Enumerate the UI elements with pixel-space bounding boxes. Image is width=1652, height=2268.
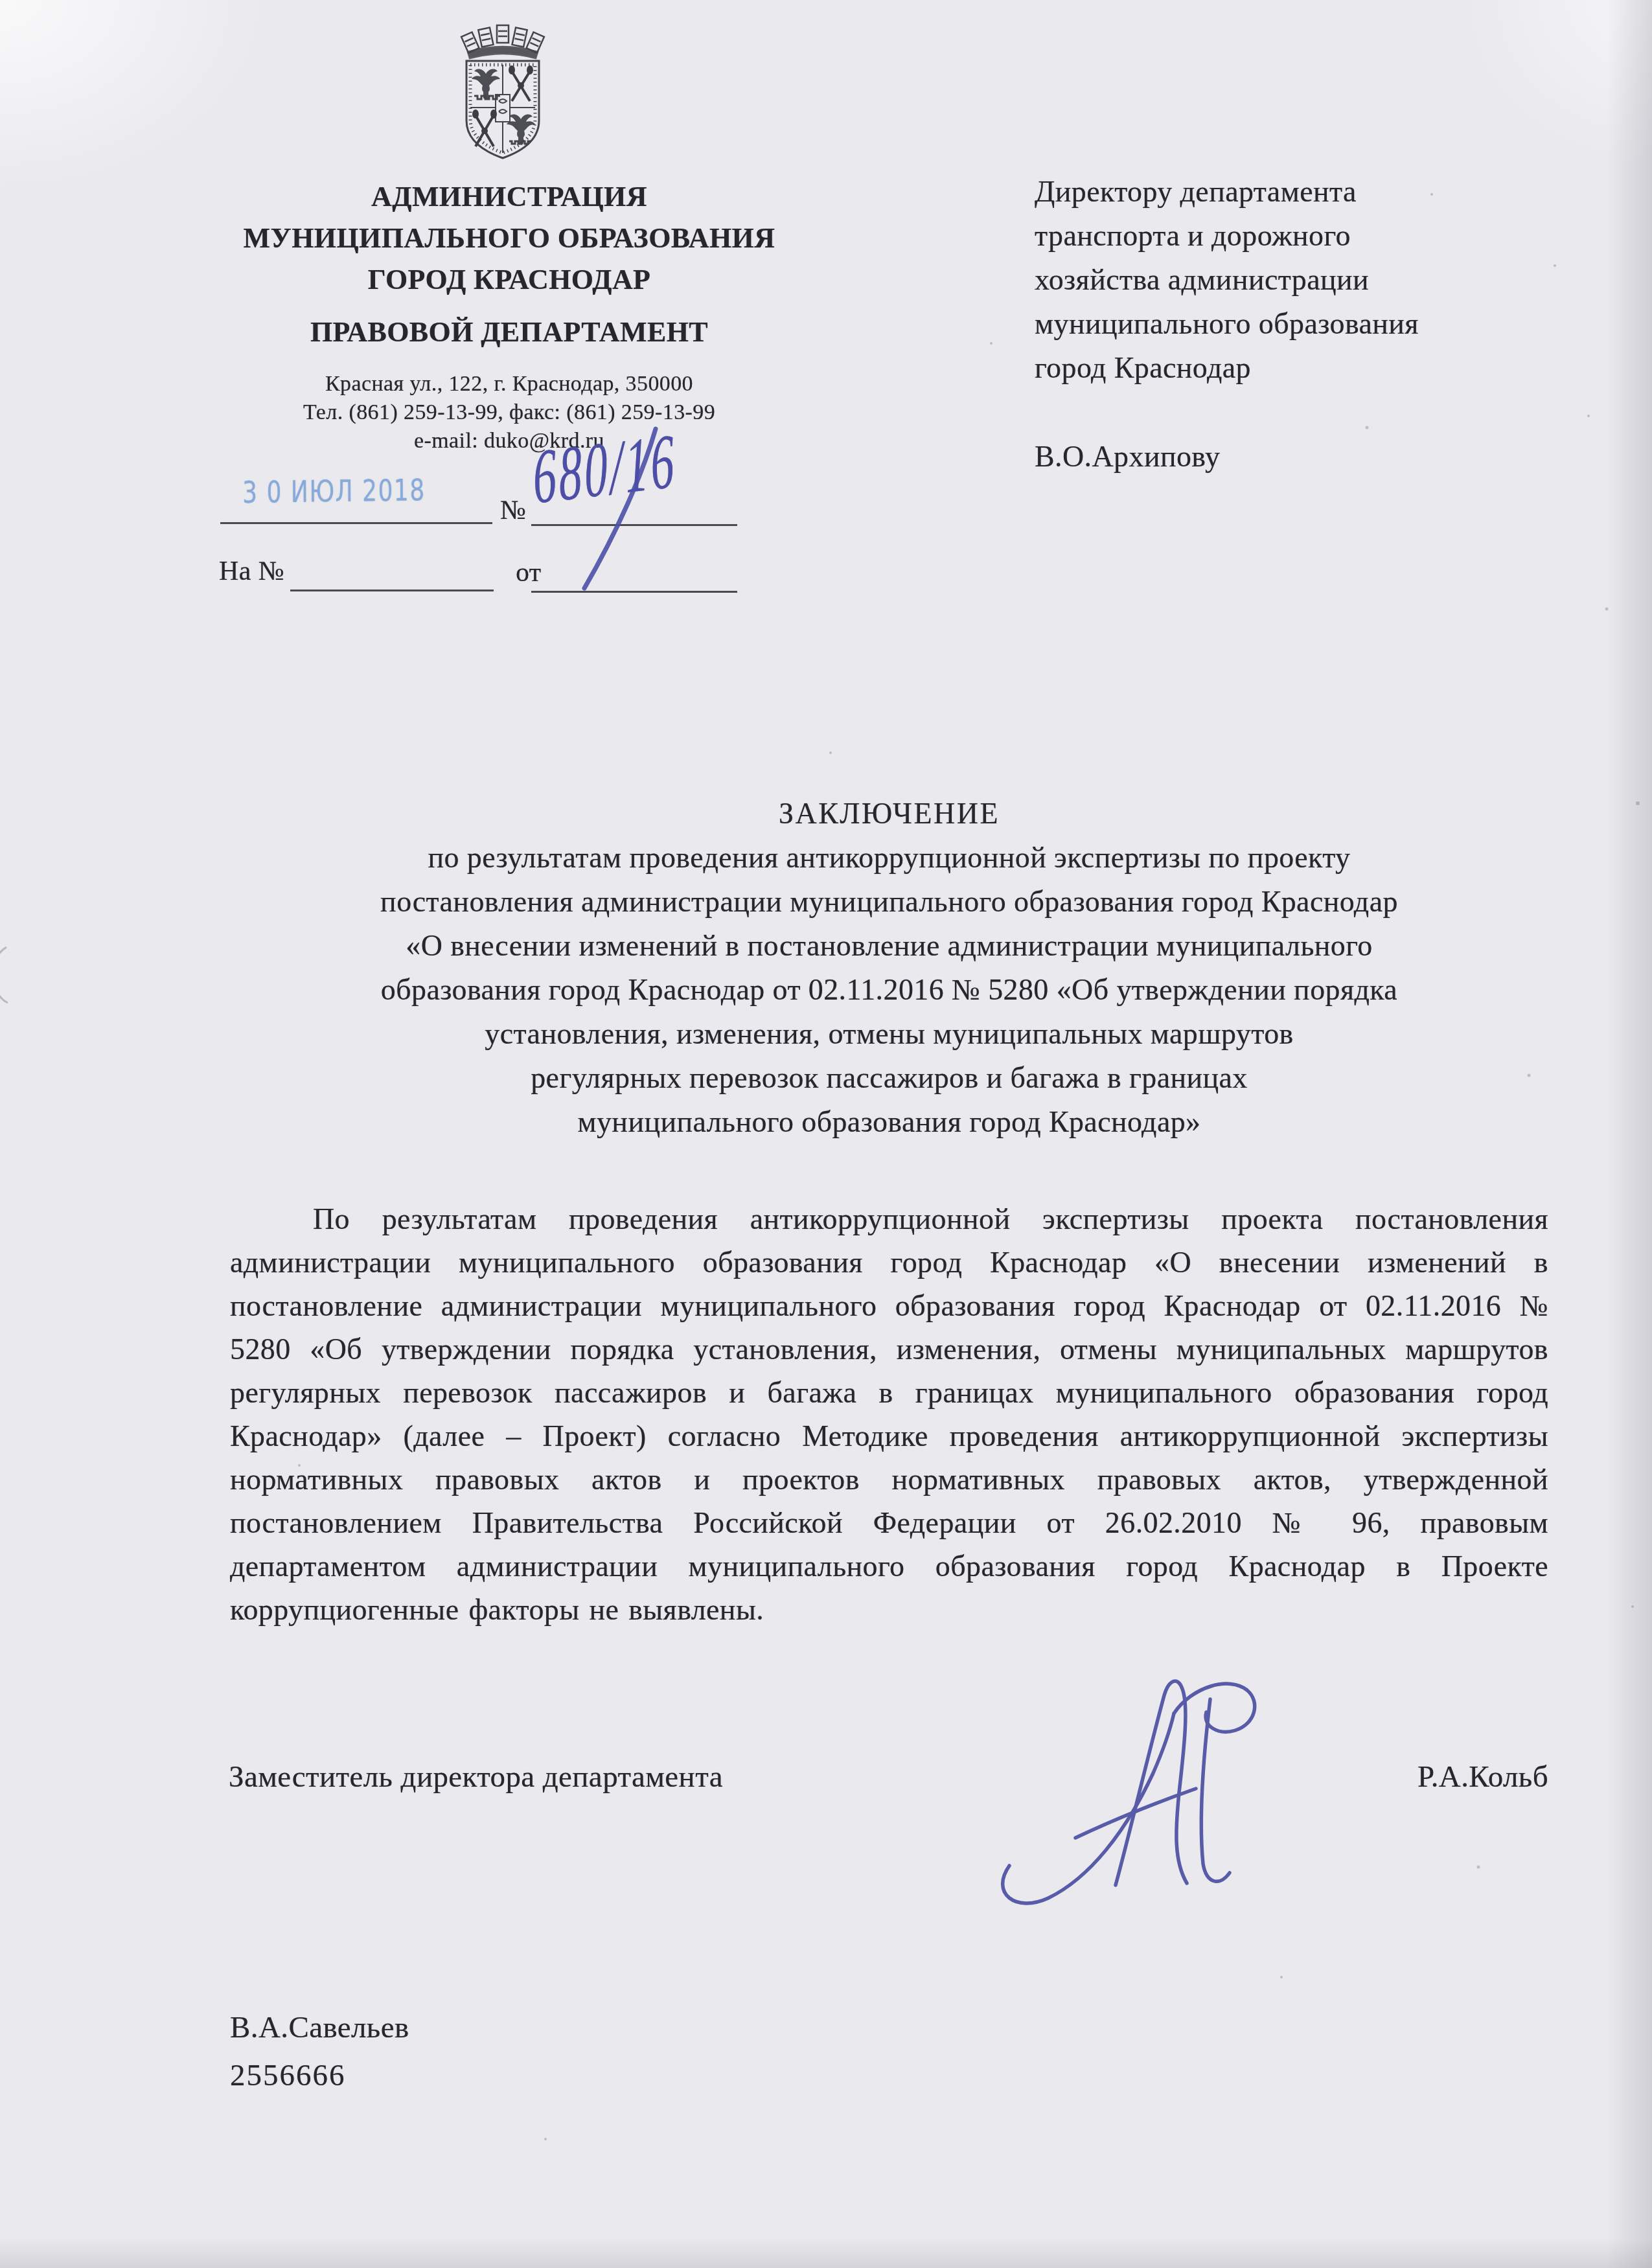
recipient-line: хозяйства администрации bbox=[1035, 258, 1553, 302]
scanned-letter-page: АДМИНИСТРАЦИЯ МУНИЦИПАЛЬНОГО ОБРАЗОВАНИЯ… bbox=[0, 0, 1652, 2268]
krasnodar-coat-of-arms-icon bbox=[457, 23, 548, 161]
recipient-name: В.О.Архипову bbox=[1035, 435, 1553, 479]
org-name-line: МУНИЦИПАЛЬНОГО ОБРАЗОВАНИЯ bbox=[185, 218, 833, 259]
body-paragraph: По результатам проведения антикоррупцион… bbox=[230, 1197, 1548, 1631]
title-line: муниципального образования город Краснод… bbox=[230, 1100, 1548, 1144]
title-line: регулярных перевозок пассажиров и багажа… bbox=[230, 1056, 1548, 1100]
title-line: «О внесении изменений в постановление ад… bbox=[230, 924, 1548, 968]
org-department: ПРАВОВОЙ ДЕПАРТАМЕНТ bbox=[185, 312, 833, 353]
org-address: Красная ул., 122, г. Краснодар, 350000 bbox=[185, 370, 833, 398]
org-phone: Тел. (861) 259-13-99, факс: (861) 259-13… bbox=[185, 398, 833, 427]
scan-edge-shadow bbox=[1607, 0, 1652, 2268]
title-line: ЗАКЛЮЧЕНИЕ bbox=[230, 792, 1548, 836]
letterhead: АДМИНИСТРАЦИЯ МУНИЦИПАЛЬНОГО ОБРАЗОВАНИЯ… bbox=[185, 176, 833, 455]
signature-scribble bbox=[978, 1668, 1296, 1921]
org-email: e-mail: duko@krd.ru bbox=[185, 427, 833, 455]
title-line: по результатам проведения антикоррупцион… bbox=[230, 836, 1548, 880]
reply-number-label: На № bbox=[219, 556, 284, 587]
executor-name: В.А.Савельев bbox=[230, 2010, 409, 2045]
recipient-line: город Краснодар bbox=[1035, 346, 1553, 390]
signer-name: Р.А.Кольб bbox=[1296, 1759, 1548, 1794]
signer-position: Заместитель директора департамента bbox=[229, 1759, 723, 1794]
reply-date-label: от bbox=[516, 557, 542, 588]
number-label: № bbox=[500, 495, 526, 526]
document-title: ЗАКЛЮЧЕНИЕ по результатам проведения ант… bbox=[230, 792, 1548, 1144]
title-line: образования город Краснодар от 02.11.201… bbox=[230, 968, 1548, 1012]
date-rule-line bbox=[220, 522, 492, 524]
recipient-block: Директору департамента транспорта и доро… bbox=[1035, 170, 1553, 479]
org-name-line: ГОРОД КРАСНОДАР bbox=[185, 259, 833, 301]
recipient-line: Директору департамента bbox=[1035, 170, 1553, 214]
paper-fold-highlight bbox=[0, 0, 272, 194]
number-rule-line bbox=[531, 524, 737, 526]
title-line: постановления администрации муниципально… bbox=[230, 880, 1548, 924]
handwritten-outgoing-number: 680/16 bbox=[531, 416, 678, 521]
recipient-line: транспорта и дорожного bbox=[1035, 214, 1553, 258]
reply-date-rule-line bbox=[531, 591, 737, 593]
title-line: установления, изменения, отмены муниципа… bbox=[230, 1012, 1548, 1056]
scan-edge-shadow bbox=[0, 2238, 1652, 2268]
date-stamp: 3 0 ИЮЛ 2018 bbox=[242, 472, 426, 510]
org-name-line: АДМИНИСТРАЦИЯ bbox=[185, 176, 833, 218]
recipient-line: муниципального образования bbox=[1035, 302, 1553, 346]
executor-phone: 2556666 bbox=[230, 2058, 346, 2093]
reply-number-rule-line bbox=[290, 590, 494, 591]
